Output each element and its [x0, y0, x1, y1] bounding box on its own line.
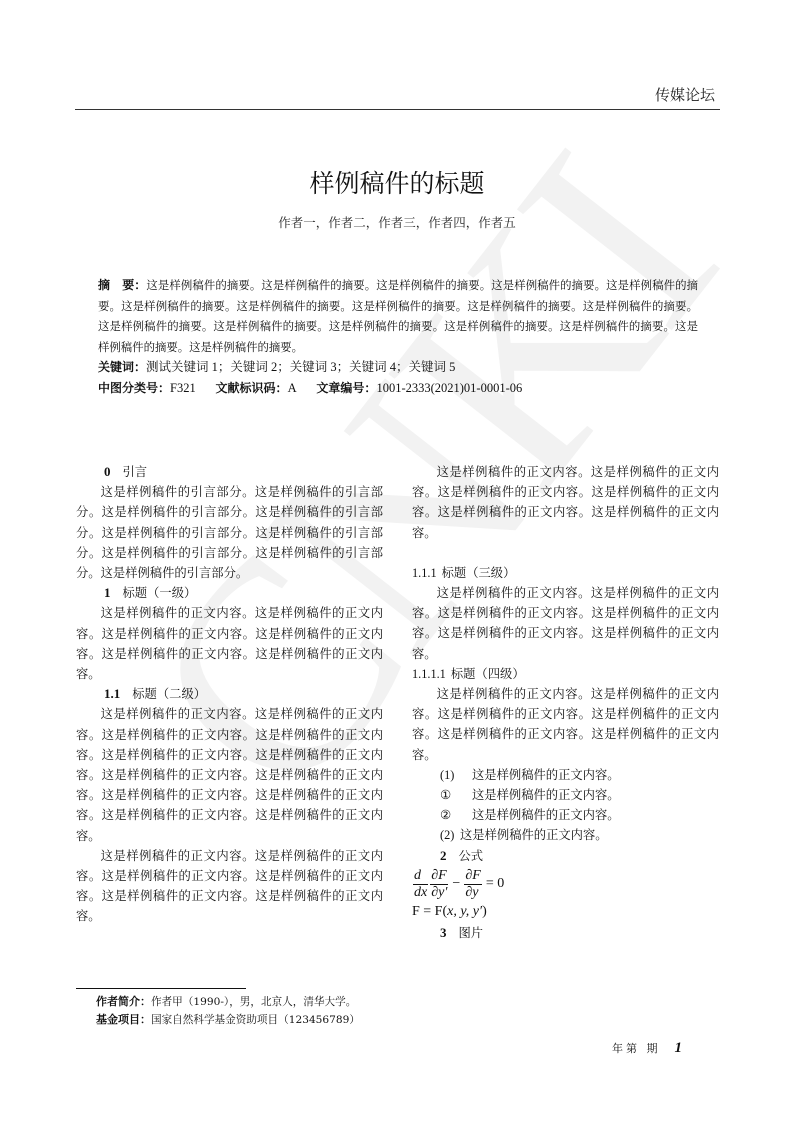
section-title: 标题（四级）	[451, 667, 525, 681]
section-number: 0	[104, 464, 111, 479]
left-column: 0引言 这是样例稿件的引言部分。这是样例稿件的引言部分。这是样例稿件的引言部分。…	[76, 462, 383, 927]
funding-label: 基金项目：	[96, 1013, 151, 1026]
section-title: 标题（一级）	[123, 586, 197, 600]
keywords: 关键词：测试关键词 1；关键词 2；关键词 3；关键词 4；关键词 5	[98, 357, 698, 378]
section-title: 标题（三级）	[442, 566, 516, 580]
list-marker: ②	[440, 805, 472, 825]
running-header: 传媒论坛	[75, 84, 720, 110]
list-marker: (2)	[440, 825, 460, 845]
list-text: 这是样例稿件的正文内容。	[472, 768, 620, 782]
classification-line: 中图分类号：F321 文献标识码：A 文章编号：1001-2333(2021)0…	[98, 378, 698, 399]
section-title: 图片	[459, 926, 484, 940]
body-paragraph: 这是样例稿件的正文内容。这是样例稿件的正文内容。这是样例稿件的正文内容。这是样例…	[76, 603, 383, 684]
author-bio-label: 作者简介：	[96, 995, 151, 1008]
section-title: 公式	[459, 849, 484, 863]
section-heading-1: 1标题（一级）	[104, 583, 383, 603]
fraction-dF-dyprime: ∂F∂y′	[430, 868, 448, 901]
section-number: 1.1.1.1	[412, 667, 446, 681]
section-number: 3	[440, 925, 447, 940]
minus-sign: −	[452, 876, 460, 891]
equals-zero: = 0	[486, 876, 504, 891]
fraction-d-dx: ddx	[413, 868, 428, 901]
section-number: 1.1.1	[412, 566, 437, 580]
list-text: 这是样例稿件的正文内容。	[460, 828, 608, 842]
section-title: 引言	[123, 465, 148, 479]
author-bio: 作者简介：作者甲（1990-），男，北京人，清华大学。	[96, 993, 360, 1011]
keywords-text: 测试关键词 1；关键词 2；关键词 3；关键词 4；关键词 5	[146, 360, 455, 374]
section-number: 1.1	[104, 686, 120, 701]
section-heading-3: 3图片	[440, 923, 719, 943]
section-heading-intro: 0引言	[104, 462, 383, 482]
fraction-dF-dy: ∂F∂y	[464, 868, 481, 901]
section-number: 1	[104, 585, 111, 600]
right-column: 这是样例稿件的正文内容。这是样例稿件的正文内容。这是样例稿件的正文内容。这是样例…	[412, 462, 719, 943]
issue-text: 年第 期	[612, 1042, 661, 1055]
section-number: 2	[440, 848, 447, 863]
list-item: (1)这是样例稿件的正文内容。	[440, 765, 719, 785]
journal-name: 传媒论坛	[655, 84, 715, 105]
list-item: ①这是样例稿件的正文内容。	[440, 785, 719, 805]
list-item: (2)这是样例稿件的正文内容。	[440, 825, 719, 845]
author-list: 作者一，作者二，作者三，作者四，作者五	[0, 213, 794, 231]
clc-label: 中图分类号：	[98, 381, 170, 395]
body-paragraph: 这是样例稿件的正文内容。这是样例稿件的正文内容。这是样例稿件的正文内容。这是样例…	[76, 704, 383, 845]
page-folio: 年第 期1	[612, 1040, 682, 1057]
section-heading-2: 2公式	[440, 846, 719, 866]
clc-value: F321	[170, 381, 196, 395]
list-text: 这是样例稿件的正文内容。	[472, 808, 620, 822]
keywords-label: 关键词：	[98, 360, 146, 374]
section-heading-1-1-1-1: 1.1.1.1标题（四级）	[412, 664, 719, 684]
section-title: 标题（二级）	[132, 687, 206, 701]
euler-lagrange-equation: ddx∂F∂y′−∂F∂y= 0	[412, 868, 719, 901]
footnote-divider	[76, 988, 246, 989]
funding-text: 国家自然科学基金资助项目（123456789）	[151, 1014, 360, 1026]
intro-paragraph: 这是样例稿件的引言部分。这是样例稿件的引言部分。这是样例稿件的引言部分。这是样例…	[76, 482, 383, 583]
funding: 基金项目：国家自然科学基金资助项目（123456789）	[96, 1011, 360, 1029]
footnotes: 作者简介：作者甲（1990-），男，北京人，清华大学。 基金项目：国家自然科学基…	[96, 993, 360, 1029]
abstract: 摘 要：这是样例稿件的摘要。这是样例稿件的摘要。这是样例稿件的摘要。这是样例稿件…	[98, 275, 698, 357]
doc-code-label: 文献标识码：	[216, 381, 288, 395]
body-paragraph: 这是样例稿件的正文内容。这是样例稿件的正文内容。这是样例稿件的正文内容。这是样例…	[412, 583, 719, 664]
page-number: 1	[675, 1040, 683, 1056]
article-title: 样例稿件的标题	[0, 164, 794, 200]
abstract-block: 摘 要：这是样例稿件的摘要。这是样例稿件的摘要。这是样例稿件的摘要。这是样例稿件…	[98, 275, 698, 399]
section-heading-1-1-1: 1.1.1标题（三级）	[412, 563, 719, 583]
body-paragraph: 这是样例稿件的正文内容。这是样例稿件的正文内容。这是样例稿件的正文内容。这是样例…	[412, 684, 719, 765]
functional-definition: F = F(x, y, y′)	[412, 901, 719, 923]
article-no-label: 文章编号：	[316, 381, 376, 395]
list-marker: ①	[440, 785, 472, 805]
list-marker: (1)	[440, 765, 472, 785]
abstract-label: 摘 要：	[98, 278, 146, 292]
abstract-text: 这是样例稿件的摘要。这是样例稿件的摘要。这是样例稿件的摘要。这是样例稿件的摘要。…	[98, 278, 698, 354]
list-item: ②这是样例稿件的正文内容。	[440, 805, 719, 825]
body-paragraph: 这是样例稿件的正文内容。这是样例稿件的正文内容。这是样例稿件的正文内容。这是样例…	[412, 462, 719, 543]
article-no-value: 1001-2333(2021)01-0001-06	[376, 381, 522, 395]
doc-code-value: A	[288, 381, 297, 395]
body-paragraph: 这是样例稿件的正文内容。这是样例稿件的正文内容。这是样例稿件的正文内容。这是样例…	[76, 846, 383, 927]
list-text: 这是样例稿件的正文内容。	[472, 788, 620, 802]
section-heading-1-1: 1.1标题（二级）	[104, 684, 383, 704]
author-bio-text: 作者甲（1990-），男，北京人，清华大学。	[151, 996, 356, 1008]
